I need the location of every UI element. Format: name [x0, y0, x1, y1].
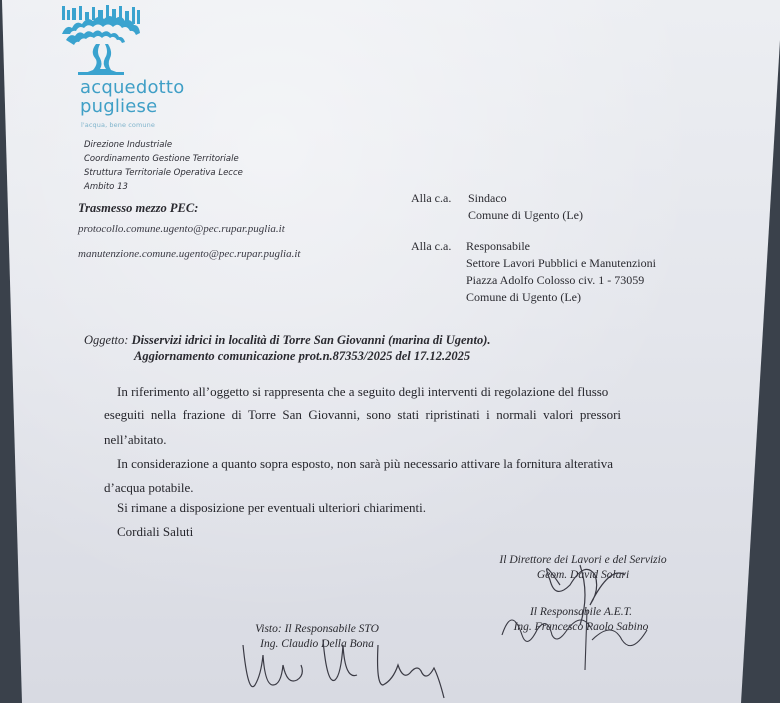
recipient-line: Responsabile: [466, 238, 656, 255]
brand-tagline: l'acqua, bene comune: [81, 121, 155, 129]
recipient-block-responsabile: Responsabile Settore Lavori Pubblici e M…: [466, 238, 656, 306]
signature-block-director: Il Direttore dei Lavori e del Servizio G…: [468, 553, 698, 583]
signature-role: Il Responsabile A.E.T.: [486, 605, 676, 620]
closing: Cordiali Saluti: [117, 524, 193, 540]
pec-address-link[interactable]: manutenzione.comune.ugento@pec.rupar.pug…: [78, 248, 300, 260]
recipient-line: Comune di Ugento (Le): [468, 207, 583, 224]
brand-line-2: pugliese: [80, 97, 184, 116]
department-line: Ambito 13: [84, 180, 243, 194]
recipient-prefix: Alla c.a.: [411, 190, 451, 207]
subject-line-2: Aggiornamento comunicazione prot.n.87353…: [134, 349, 470, 363]
signature-name: Ing. Claudio Della Bona: [232, 637, 402, 652]
body-paragraph-2-line: d’acqua potabile.: [104, 480, 194, 496]
department-block: Direzione Industriale Coordinamento Gest…: [84, 138, 243, 194]
recipient-prefix: Alla c.a.: [411, 238, 451, 255]
body-paragraph-1-line: eseguiti nella frazione di Torre San Gio…: [104, 407, 621, 423]
pec-title: Trasmesso mezzo PEC:: [78, 201, 198, 216]
signature-block-sto: Visto: Il Responsabile STO Ing. Claudio …: [232, 622, 402, 652]
signature-block-aet: Il Responsabile A.E.T. Ing. Francesco Pa…: [486, 605, 676, 635]
department-line: Direzione Industriale: [84, 138, 243, 152]
signature-role: Visto: Il Responsabile STO: [232, 622, 402, 637]
olive-tree-logo-icon: [60, 4, 142, 78]
letter-content: acquedotto pugliese l'acqua, bene comune…: [0, 0, 780, 703]
recipient-block-sindaco: Sindaco Comune di Ugento (Le): [468, 190, 583, 224]
signature-role: Il Direttore dei Lavori e del Servizio: [468, 553, 698, 568]
body-paragraph-2-line: In considerazione a quanto sopra esposto…: [117, 456, 613, 472]
recipient-line: Settore Lavori Pubblici e Manutenzioni: [466, 255, 656, 272]
brand-name: acquedotto pugliese: [80, 78, 184, 116]
subject-block: Oggetto: Disservizi idrici in località d…: [84, 332, 491, 364]
subject-line-1: Disservizi idrici in località di Torre S…: [132, 333, 491, 347]
body-paragraph-3: Si rimane a disposizione per eventuali u…: [117, 500, 426, 516]
photo-of-letter: acquedotto pugliese l'acqua, bene comune…: [0, 0, 780, 703]
recipient-line: Sindaco: [468, 190, 583, 207]
department-line: Coordinamento Gestione Territoriale: [84, 152, 243, 166]
subject-label: Oggetto:: [84, 333, 128, 347]
signature-name: Ing. Francesco Paolo Sabino: [486, 620, 676, 635]
department-line: Struttura Territoriale Operativa Lecce: [84, 166, 243, 180]
pec-address-link[interactable]: protocollo.comune.ugento@pec.rupar.pugli…: [78, 223, 285, 235]
body-paragraph-1-line: nell’abitato.: [104, 432, 166, 448]
signature-name: Geom. David Solari: [468, 568, 698, 583]
brand-line-1: acquedotto: [80, 78, 184, 97]
body-paragraph-1-line: In riferimento all’oggetto si rappresent…: [117, 384, 608, 400]
recipient-line: Piazza Adolfo Colosso civ. 1 - 73059: [466, 272, 656, 289]
recipient-line: Comune di Ugento (Le): [466, 289, 656, 306]
